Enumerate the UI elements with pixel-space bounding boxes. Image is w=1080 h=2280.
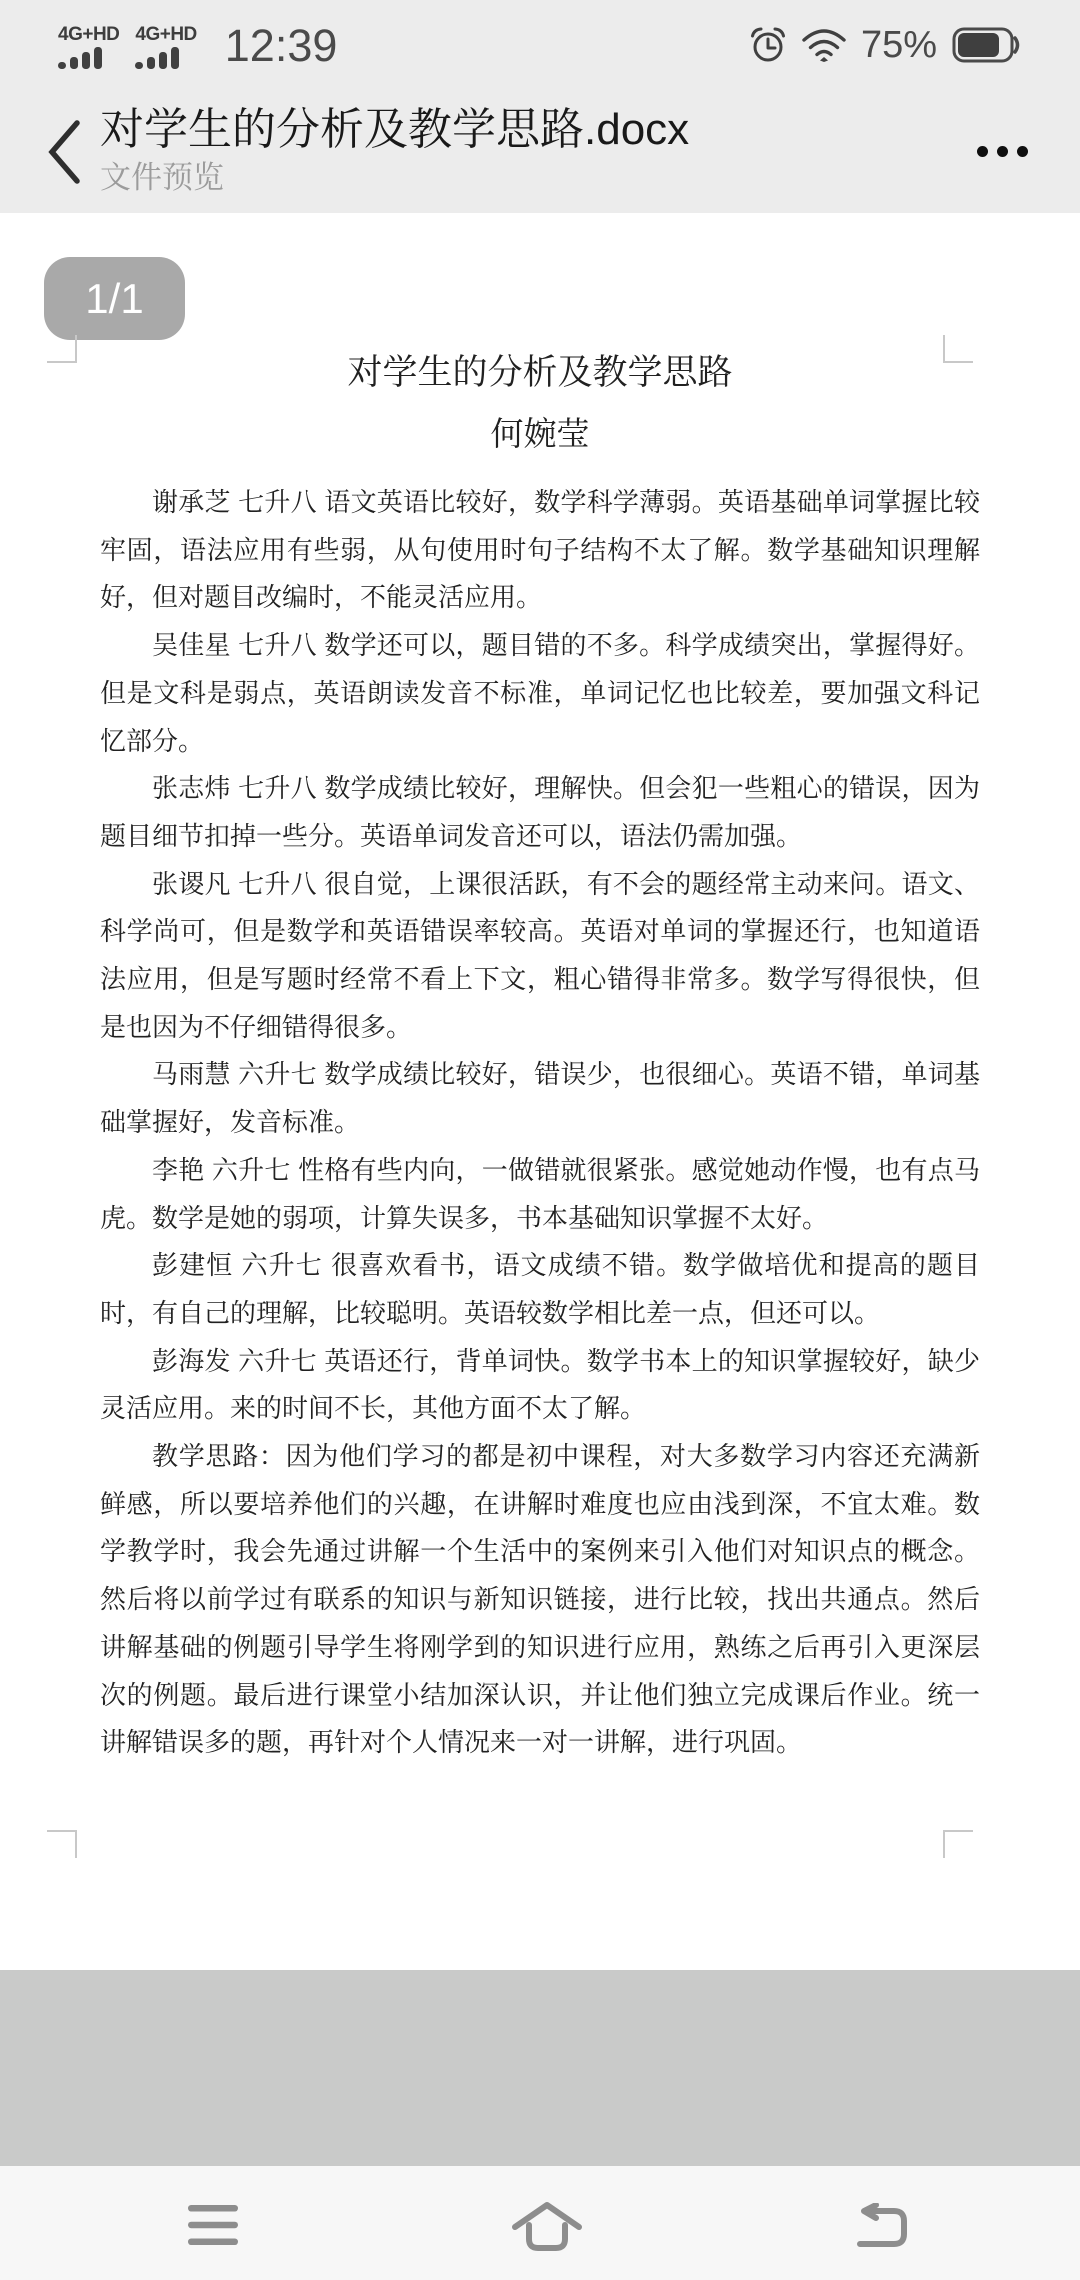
battery-icon	[952, 27, 1022, 63]
file-title: 对学生的分析及教学思路.docx	[100, 104, 900, 156]
file-preview-label: 文件预览	[100, 159, 900, 197]
navigation-bar	[0, 2166, 1080, 2280]
signal-indicator-sim2: 4G+HD	[135, 25, 196, 69]
doc-paragraph: 彭建恒 六升七 很喜欢看书，语文成绩不错。数学做培优和提高的题目时，有自己的理解…	[100, 1242, 980, 1337]
carrier-label: 4G+HD	[135, 25, 196, 44]
wifi-icon	[802, 28, 846, 62]
alarm-icon	[749, 26, 787, 64]
dot	[977, 146, 988, 157]
battery-percent-label: 75%	[861, 24, 937, 67]
background-band	[0, 1970, 1080, 2166]
back-button[interactable]	[44, 118, 84, 186]
doc-paragraph: 彭海发 六升七 英语还行，背单词快。数学书本上的知识掌握较好，缺少灵活应用。来的…	[100, 1338, 980, 1433]
doc-paragraph: 马雨慧 六升七 数学成绩比较好，错误少，也很细心。英语不错，单词基础掌握好，发音…	[100, 1051, 980, 1146]
phone-screen: 4G+HD 4G+HD 12:39	[0, 0, 1080, 2280]
home-nav-button[interactable]	[511, 2201, 583, 2251]
page-corner-mark	[47, 335, 77, 363]
signal-bars-icon	[58, 47, 104, 69]
document-author: 何婉莹	[100, 415, 980, 453]
page-corner-mark	[943, 1830, 973, 1858]
dot	[997, 146, 1008, 157]
carrier-label: 4G+HD	[58, 25, 119, 44]
doc-paragraph: 李艳 六升七 性格有些内向，一做错就很紧张。感觉她动作慢，也有点马虎。数学是她的…	[100, 1147, 980, 1242]
status-time: 12:39	[225, 23, 338, 68]
page-corner-mark	[47, 1830, 77, 1858]
back-nav-button[interactable]	[854, 2203, 908, 2249]
doc-paragraph: 谢承芝 七升八 语文英语比较好，数学科学薄弱。英语基础单词掌握比较牢固，语法应用…	[100, 479, 980, 622]
document-preview[interactable]: 1/1 对学生的分析及教学思路 何婉莹 谢承芝 七升八 语文英语比较好，数学科学…	[0, 213, 1080, 1970]
status-right-group: 75%	[749, 24, 1022, 67]
document-title: 对学生的分析及教学思路	[100, 353, 980, 393]
document-body: 谢承芝 七升八 语文英语比较好，数学科学薄弱。英语基础单词掌握比较牢固，语法应用…	[100, 479, 980, 1767]
page-indicator-badge: 1/1	[44, 257, 185, 340]
doc-paragraph: 教学思路：因为他们学习的都是初中课程，对大多数学习内容还充满新鲜感，所以要培养他…	[100, 1433, 980, 1767]
status-bar: 4G+HD 4G+HD 12:39	[0, 0, 1080, 90]
doc-paragraph: 吴佳星 七升八 数学还可以，题目错的不多。科学成绩突出，掌握得好。但是文科是弱点…	[100, 622, 980, 765]
doc-paragraph: 张谡凡 七升八 很自觉，上课很活跃，有不会的题经常主动来问。语文、科学尚可，但是…	[100, 861, 980, 1052]
signal-indicator-sim1: 4G+HD	[58, 25, 119, 69]
document-text: 对学生的分析及教学思路 何婉莹 谢承芝 七升八 语文英语比较好，数学科学薄弱。英…	[100, 353, 980, 1767]
header-text: 对学生的分析及教学思路.docx 文件预览	[100, 104, 900, 197]
signal-bars-icon	[135, 47, 181, 69]
menu-nav-button[interactable]	[188, 2205, 238, 2245]
doc-paragraph: 张志炜 七升八 数学成绩比较好，理解快。但会犯一些粗心的错误，因为题目细节扣掉一…	[100, 765, 980, 860]
more-options-button[interactable]	[977, 145, 1028, 157]
header: 对学生的分析及教学思路.docx 文件预览	[0, 90, 1080, 213]
status-left-group: 4G+HD 4G+HD 12:39	[58, 21, 337, 69]
dot	[1017, 146, 1028, 157]
